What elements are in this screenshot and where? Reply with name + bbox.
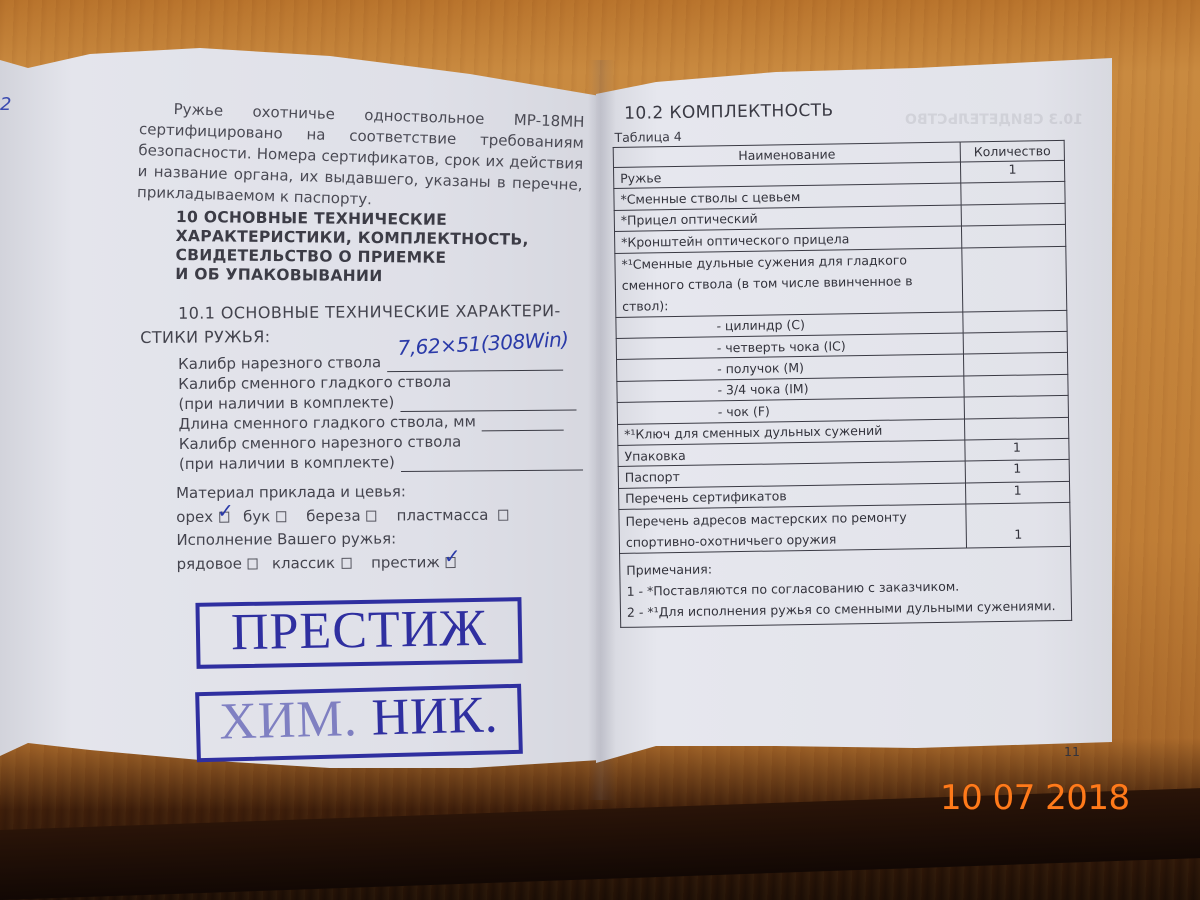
certification-intro: Ружье охотничье одноствольное МР-18МН се… (137, 98, 585, 217)
stamp-chem-nickel: ХИМ. НИК. (195, 684, 523, 763)
item-quantity: 1 (965, 438, 1069, 461)
option-label: береза (306, 504, 361, 528)
option-prestige[interactable]: престиж (371, 551, 456, 575)
option-classic[interactable]: классик (272, 551, 351, 575)
notes-box: Примечания: 1 - *Поставляются по согласо… (619, 547, 1072, 628)
item-quantity (961, 225, 1065, 248)
option-label: престиж (371, 551, 440, 575)
option-standard[interactable]: рядовое (176, 552, 258, 576)
item-quantity: 1 (966, 502, 1071, 548)
kit-section: 10.2 КОМПЛЕКТНОСТЬ Таблица 4 Наименовани… (612, 97, 1080, 628)
options-block: Материал приклада и цевья: орех бук бере… (176, 479, 597, 576)
option-label: рядовое (176, 552, 242, 576)
passport-booklet: 2 Ружье охотничье одноствольное МР-18МН … (0, 0, 1200, 900)
subheading-line: 10.1 ОСНОВНЫЕ ТЕХНИЧЕСКИЕ ХАРАКТЕРИ- (140, 299, 610, 326)
smooth-caliber-blank[interactable] (400, 396, 576, 413)
option-plastic[interactable]: пластмасса (397, 503, 509, 527)
stamp-text: НИК. (357, 686, 499, 747)
margin-handwriting: 2 (0, 94, 11, 115)
smooth-length-field: Длина сменного гладкого ствола, мм (179, 410, 599, 434)
camera-date-stamp: 10 07 2018 (940, 778, 1130, 818)
item-quantity: 1 (965, 481, 1069, 504)
version-options: рядовое классик престиж (176, 550, 596, 576)
smooth-length-label: Длина сменного гладкого ствола, мм (179, 411, 476, 434)
spare-rifled-label: Калибр сменного нарезного ствола (179, 432, 462, 454)
checkbox-checked[interactable] (219, 511, 229, 522)
option-birch[interactable]: береза (306, 504, 377, 528)
smooth-caliber-label-2: (при наличии в комплекте) (178, 392, 394, 414)
checkbox[interactable] (248, 558, 258, 569)
stamp-text-faded: ХИМ. (219, 690, 359, 751)
item-name: Перечень адресов мастерских по ремонту с… (619, 504, 967, 553)
section-10-heading: 10 ОСНОВНЫЕ ТЕХНИЧЕСКИЕ ХАРАКТЕРИСТИКИ, … (175, 208, 576, 288)
spare-rifled-label-2: (при наличии в комплекте) (179, 452, 395, 474)
checkbox[interactable] (498, 509, 508, 520)
rifled-caliber-field: Калибр нарезного ствола (178, 350, 598, 374)
item-quantity (964, 374, 1068, 397)
table-row: Перечень адресов мастерских по ремонту с… (619, 502, 1071, 553)
table-row: *¹Сменные дульные сужения для гладкого с… (615, 246, 1067, 317)
checkbox[interactable] (276, 511, 286, 522)
version-label: Исполнение Вашего ружья: (176, 526, 596, 552)
kit-table: Наименование Количество Ружье1*Сменные с… (613, 140, 1071, 554)
rifled-caliber-label: Калибр нарезного ствола (178, 352, 381, 374)
checkbox[interactable] (341, 558, 351, 569)
stamp-prestige: ПРЕСТИЖ (195, 597, 522, 669)
checkbox[interactable] (367, 510, 377, 521)
item-quantity (964, 395, 1068, 418)
stock-material-options: орех бук береза пластмасса (176, 503, 596, 529)
item-quantity (963, 310, 1067, 333)
option-walnut[interactable]: орех (176, 505, 229, 529)
spare-rifled-blank[interactable] (401, 455, 583, 472)
smooth-length-blank[interactable] (482, 416, 564, 432)
header-quantity: Количество (960, 140, 1064, 162)
specs-fields: Калибр нарезного ствола Калибр сменного … (178, 350, 599, 474)
item-quantity: 1 (965, 460, 1069, 483)
option-label: бук (243, 505, 270, 529)
item-quantity (963, 331, 1067, 354)
option-label: орех (176, 505, 213, 529)
item-quantity: 1 (960, 160, 1064, 183)
item-quantity (964, 417, 1068, 440)
page-number: 11 (1064, 744, 1080, 759)
item-quantity (961, 203, 1065, 226)
stamp-text: ПРЕСТИЖ (231, 600, 488, 661)
stock-material-label: Материал приклада и цевья: (176, 479, 596, 505)
option-label: классик (272, 551, 335, 575)
option-beech[interactable]: бук (243, 505, 286, 529)
item-name: *¹Сменные дульные сужения для гладкого с… (615, 248, 963, 317)
item-quantity (961, 182, 1065, 205)
item-quantity (962, 246, 1067, 312)
smooth-caliber-label: Калибр сменного гладкого ствола (178, 372, 451, 394)
item-quantity (963, 353, 1067, 376)
spare-rifled-field-2: (при наличии в комплекте) (179, 450, 599, 474)
checkbox-checked[interactable] (446, 557, 456, 568)
option-label: пластмасса (397, 503, 489, 527)
smooth-caliber-field-2: (при наличии в комплекте) (178, 390, 598, 414)
intro-paragraph: Ружье охотничье одноствольное МР-18МН се… (137, 98, 585, 217)
